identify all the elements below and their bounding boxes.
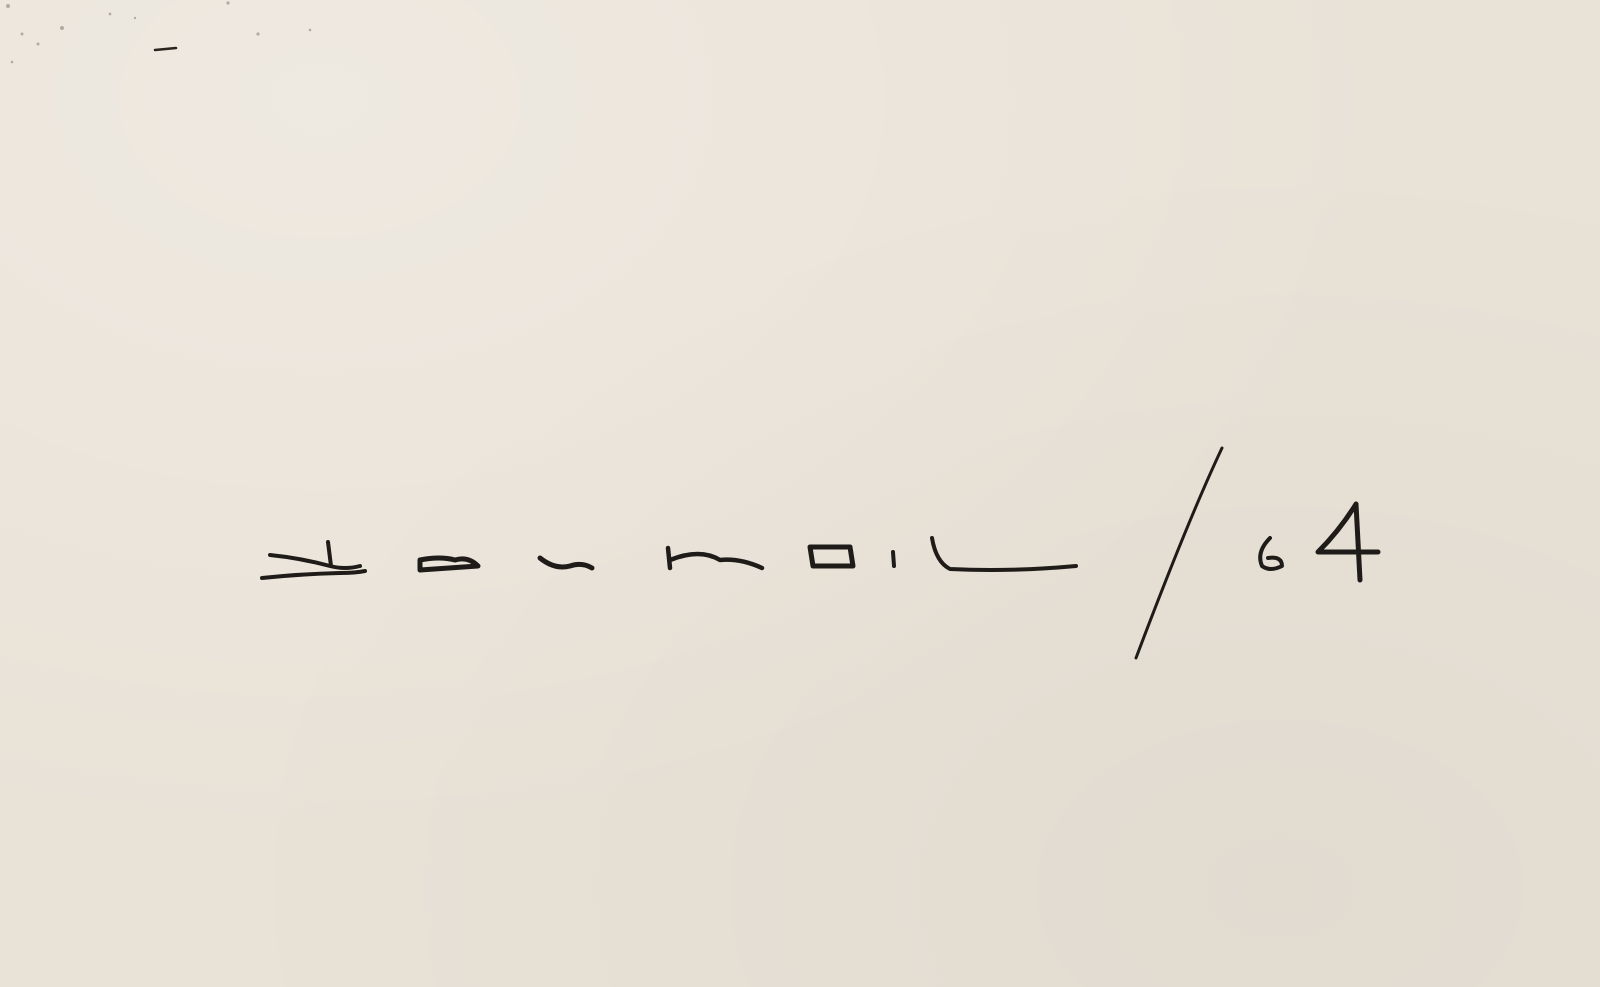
signature-marks <box>262 538 1076 578</box>
pencil-inscription <box>0 0 1600 987</box>
paper-background <box>0 0 1600 987</box>
digit-six <box>1260 538 1282 569</box>
digit-four <box>1318 504 1378 580</box>
edition-separator-slash <box>1136 448 1222 658</box>
